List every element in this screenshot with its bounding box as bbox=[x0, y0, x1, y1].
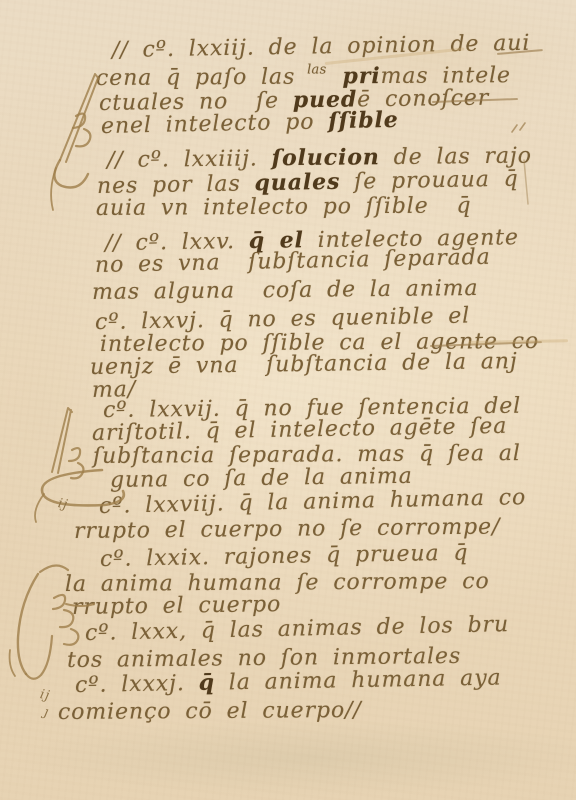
manuscript-line-21: cº. lxxix. rajones q̄ prueua q̄ bbox=[100, 541, 469, 572]
manicule-icon bbox=[36, 60, 116, 220]
manuscript-line-10: mas alguna coſa de la anima bbox=[92, 276, 479, 305]
manicule-icon bbox=[6, 558, 106, 708]
manuscript-line-1: // cº. lxxiij. de la opinion de aui bbox=[112, 31, 531, 63]
manuscript-line-7: auia vn intelecto po ſſible q̄ bbox=[96, 193, 472, 221]
right-margin-mark bbox=[506, 120, 536, 210]
manuscript-line-4: enel intelecto po ſſible bbox=[101, 107, 399, 139]
manuscript-line-13: uenjz ē vna ſubſtancia de la anj bbox=[90, 349, 518, 380]
manicule-icon bbox=[24, 398, 140, 524]
parchment-page: // cº. lxxiij. de la opinion de auicena … bbox=[0, 0, 576, 800]
